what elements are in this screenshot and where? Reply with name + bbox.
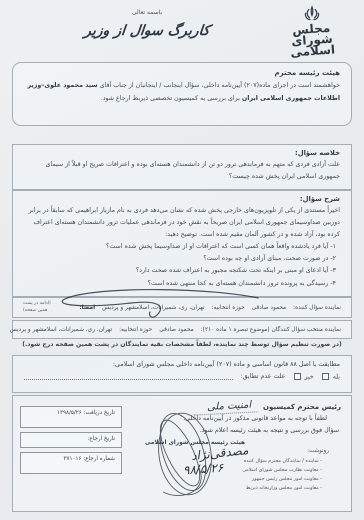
description-intro: اخیراً مستندی از یکی از تلویزیون‌های خار… <box>24 205 340 241</box>
request-box: هیئت رئیسه محترم خواهشمند است در اجرای م… <box>12 62 352 126</box>
referral-date-label: تاریخ ارجاع: <box>87 436 115 442</box>
copies-item-3: - معاونت امور مجلس رئیس جمهور <box>209 475 329 484</box>
form-title: کاربرگ سوال از وزیر <box>39 23 255 39</box>
district-label: حوزه انتخابیه: <box>212 305 245 311</box>
summary-text: علت آزادی فردی که متهم به فرماندهی ترور … <box>24 159 340 183</box>
continue-on-back-note: (ادامه در پشت همین صفحه) <box>23 301 57 314</box>
rep-label: نماینده سؤال کننده: <box>293 305 341 311</box>
compliance-options-row: بله خیر علت عدم تطابق: <box>24 373 340 381</box>
copies-item-2: - معاونت نظارت مجلس شورای اسلامی <box>209 466 329 475</box>
no-label: خیر <box>305 374 314 381</box>
nonconformity-reason-label: علت عدم تطابق: <box>241 373 286 380</box>
question-item-2: ۲- در صورت صحت، مبنای آزادی او چه بوده ا… <box>24 253 340 265</box>
commission-name-handwritten: امنیت ملی <box>193 399 258 415</box>
description-box: شرح سؤال: اخیراً مستندی از یکی از تلویزی… <box>12 190 352 297</box>
request-line1: خواهشمند است در اجرای ماده(۲۰۷) آیین‌نام… <box>100 82 340 89</box>
elected-label: نماینده منتخب سؤال کنندگان (موضوع تبصره … <box>201 327 341 333</box>
district-value: تهران، ری، شمیرانات، اسلامشهر و پردیس <box>102 305 204 311</box>
elected-representative-row: نماینده منتخب سؤال کنندگان (موضوع تبصره … <box>12 320 352 339</box>
rep-name: محمود صادقی <box>252 305 287 311</box>
received-date-label: تاریخ دریافت: <box>84 410 115 416</box>
chairman-label: رئیس محترم کمیسیون <box>263 403 341 411</box>
request-paragraph: خواهشمند است در اجرای ماده(۲۰۷) آیین‌نام… <box>24 80 340 105</box>
compliance-box: مطابقت با اصل ۸۸ قانون اساسی و ماده (۲۰۷… <box>12 355 352 393</box>
no-checkbox[interactable] <box>294 373 301 380</box>
received-date-value: ۱۳۹۸/۵/۲۶ <box>57 410 82 416</box>
copies-block: رونوشت: - نماینده / نمایندگان محترم سؤال… <box>209 448 329 493</box>
copies-item-1: - نماینده / نمایندگان محترم سؤال کننده <box>209 457 329 466</box>
multiple-representatives-note: (در صورت تنظیم سؤال توسط چند نماینده، لط… <box>12 341 352 348</box>
question-item-3: ۳- آیا ادعای او مبنی بر اینکه تحت شکنجه … <box>24 265 340 277</box>
no-option: خیر <box>294 373 314 381</box>
yes-checkbox[interactable] <box>322 373 329 380</box>
referral-date-cell: تاریخ ارجاع: <box>20 432 122 448</box>
copies-item-4: - معاونت امور مجلس وزارتخانه ذیربط <box>209 484 329 493</box>
referral-body-line1: لطفاً با توجه به مواعد قانونی مذکور در آ… <box>183 415 327 422</box>
request-line2: برای بررسی به کمیسیون تخصصی ذیربط ارجاع … <box>101 95 240 102</box>
majles-logo-text: مجلس شورای اسلامی <box>275 22 349 59</box>
referral-body-line2: سؤال فوق بررسی و نتیجه به هیئت رئیسه اعل… <box>200 427 339 434</box>
signature-label: امضا: <box>79 305 95 311</box>
referral-number-label: شماره ارجاع: <box>83 456 115 462</box>
reason-blank-line <box>24 374 233 380</box>
commission-chairman-line: رئیس محترم کمیسیون امنیت ملی <box>193 401 341 414</box>
bismillah-text: باسمه تعالی <box>40 9 254 16</box>
question-item-1: ۱- آیا فرد یادشده واقعاً همان کسی است که… <box>24 241 340 253</box>
compliance-label: مطابقت با اصل ۸۸ قانون اساسی و ماده (۲۰۷… <box>24 361 340 368</box>
yes-label: بله <box>333 374 340 381</box>
referral-number-cell: شماره ارجاع: ۳۷۱۰۱۶ <box>20 452 122 474</box>
description-label: شرح سؤال: <box>24 195 340 203</box>
summary-box: خلاصه سؤال: علت آزادی فردی که متهم به فر… <box>12 144 352 190</box>
copies-label: رونوشت: <box>209 448 329 454</box>
yes-option: بله <box>322 373 340 381</box>
referral-block: رئیس محترم کمیسیون امنیت ملی لطفاً با تو… <box>12 395 352 512</box>
scanned-minister-question-form: باسمه تعالی مجلس شورای اسلامی کاربرگ سوا… <box>0 0 364 520</box>
question-item-4: ۴- رسیدگی به پرونده ترور دانشمندان هسته‌… <box>24 278 340 290</box>
referral-number-value: ۳۷۱۰۱۶ <box>64 456 82 462</box>
majles-logo: مجلس شورای اسلامی <box>276 5 348 56</box>
salutation: هیئت رئیسه محترم <box>24 69 340 77</box>
summary-label: خلاصه سؤال: <box>24 149 340 157</box>
received-date-cell: تاریخ دریافت: ۱۳۹۸/۵/۲۶ <box>20 406 122 428</box>
elected-district-value: تهران، ری، شمیرانات، اسلامشهر و پردیس <box>10 327 112 333</box>
representative-row: نماینده سؤال کننده: محمود صادقی حوزه انت… <box>12 297 352 318</box>
elected-district-label: حوزه انتخابیه: <box>119 327 152 333</box>
elected-name: محمود صادقی <box>159 327 194 333</box>
